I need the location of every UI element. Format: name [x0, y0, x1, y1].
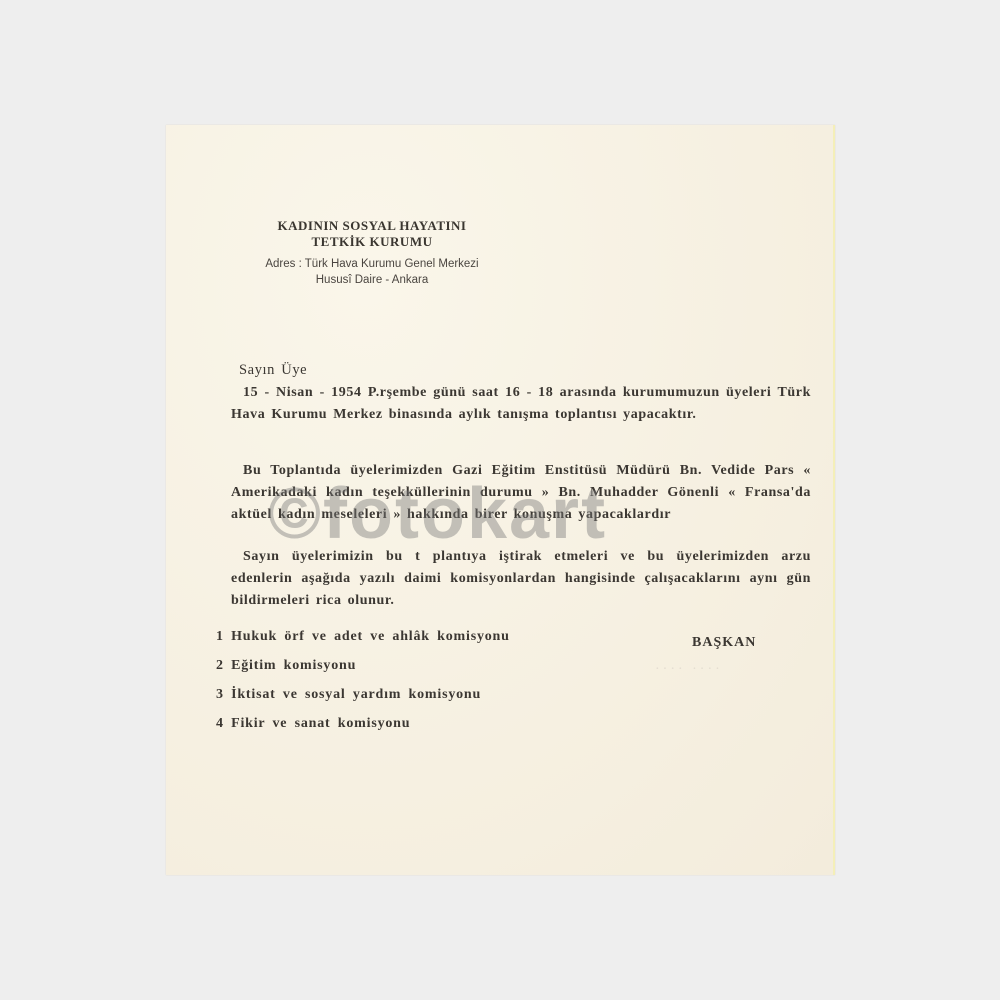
committee-item: 1 Hukuk örf ve adet ve ahlâk komisyonu	[216, 622, 510, 651]
letterhead: KADININ SOSYAL HAYATINI TETKİK KURUMU Ad…	[222, 218, 522, 288]
committee-item: 2 Eğitim komisyonu	[216, 651, 510, 680]
paragraph-text: Bu Toplantıda üyelerimizden Gazi Eğitim …	[231, 463, 811, 522]
paragraph-text: Sayın üyelerimizin bu t plantıya iştirak…	[231, 549, 811, 608]
org-name-line2: TETKİK KURUMU	[222, 234, 522, 250]
faded-stamp-mark: ···· ····	[655, 662, 723, 678]
paragraph-request: Sayın üyelerimizin bu t plantıya iştirak…	[231, 546, 811, 612]
paragraph-speakers: Bu Toplantıda üyelerimizden Gazi Eğitim …	[231, 460, 811, 526]
paragraph-text: 15 - Nisan - 1954 P.rşembe günü saat 16 …	[231, 385, 811, 422]
address-line1: Adres : Türk Hava Kurumu Genel Merkezi	[222, 256, 522, 272]
salutation: Sayın Üye	[239, 362, 307, 379]
org-name-line1: KADININ SOSYAL HAYATINI	[222, 218, 522, 234]
address-line2: Hususî Daire - Ankara	[222, 272, 522, 288]
paragraph-meeting-announcement: 15 - Nisan - 1954 P.rşembe günü saat 16 …	[231, 382, 811, 426]
signature-title: BAŞKAN	[692, 635, 756, 651]
committee-list: 1 Hukuk örf ve adet ve ahlâk komisyonu 2…	[216, 622, 510, 738]
committee-item: 4 Fikir ve sanat komisyonu	[216, 709, 510, 738]
committee-item: 3 İktisat ve sosyal yardım komisyonu	[216, 680, 510, 709]
